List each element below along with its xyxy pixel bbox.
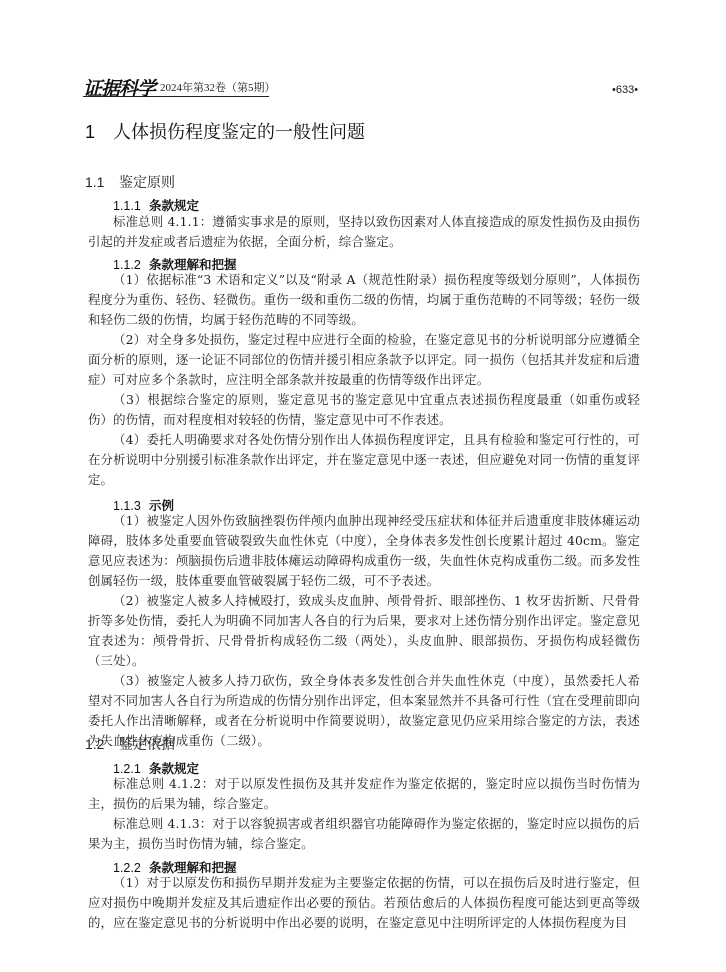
section-number: 1: [85, 122, 113, 143]
section-number: 1.1: [85, 174, 119, 190]
paragraph: （2）被鉴定人被多人持械殴打，致成头皮血肿、颅骨骨折、眼部挫伤、1 枚牙齿折断、…: [88, 591, 640, 671]
section-title: 鉴定依据: [119, 737, 175, 753]
paragraph: 标准总则 4.1.2：对于以原发性损伤及其并发症作为鉴定依据的，鉴定时应以损伤当…: [88, 774, 640, 814]
section-heading-1-2: 1.2鉴定依据: [85, 734, 175, 754]
journal-issue: 2024年第32卷（第5期）: [160, 79, 276, 95]
page-number: •633•: [612, 84, 638, 96]
paragraph: （1）对于以原发伤和损伤早期并发症为主要鉴定依据的伤情，可以在损伤后及时进行鉴定…: [88, 873, 640, 933]
section-heading-1-1: 1.1鉴定原则: [85, 172, 175, 192]
paragraph: （4）委托人明确要求对各处伤情分别作出人体损伤程度评定，且具有检验和鉴定可行性的…: [88, 430, 640, 490]
paragraph: （1）被鉴定人因外伤致脑挫裂伤伴颅内血肿出现神经受压症状和体征并后遗重度非肢体瘫…: [88, 511, 640, 591]
journal-header: 证据科学 2024年第32卷（第5期）: [83, 74, 269, 97]
section-title: 鉴定原则: [119, 175, 175, 191]
paragraph: 标准总则 4.1.3：对于以容貌损害或者组织器官功能障碍作为鉴定依据的，鉴定时应…: [88, 814, 640, 854]
section-number: 1.2: [85, 736, 119, 752]
section-heading-1: 1人体损伤程度鉴定的一般性问题: [85, 118, 365, 144]
paragraph: （1）依据标准“3 术语和定义”以及“附录 A（规范性附录）损伤程度等级划分原则…: [88, 270, 640, 330]
section-number: 1.1.1: [113, 199, 149, 213]
paragraph: （2）对全身多处损伤，鉴定过程中应进行全面的检验，在鉴定意见书的分析说明部分应遵…: [88, 330, 640, 390]
section-title: 条款规定: [149, 199, 199, 213]
paragraph: （3）根据综合鉴定的原则，鉴定意见书的鉴定意见中宜重点表述损伤程度最重（如重伤或…: [88, 390, 640, 430]
section-title: 人体损伤程度鉴定的一般性问题: [113, 122, 365, 142]
paragraph: 标准总则 4.1.1：遵循实事求是的原则，坚持以致伤因素对人体直接造成的原发性损…: [88, 212, 640, 252]
journal-logo: 证据科学: [83, 74, 155, 101]
